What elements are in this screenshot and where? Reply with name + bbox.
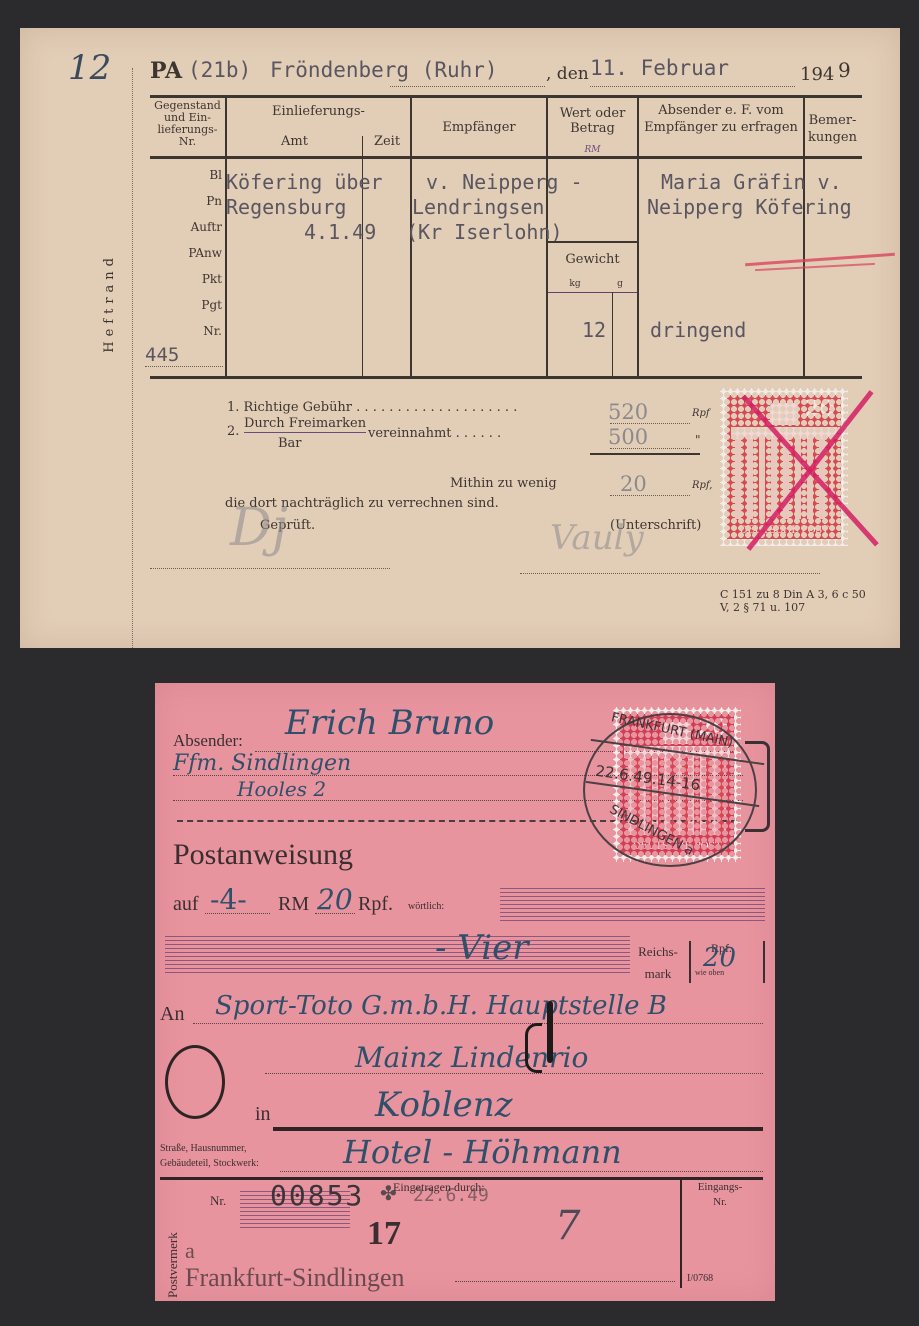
office-stamp: Frankfurt-Sindlingen — [185, 1263, 405, 1293]
year-suffix: 9 — [838, 58, 851, 82]
entry-number: 445 — [145, 344, 179, 366]
col-header-zeit: Zeit — [364, 136, 410, 148]
table-bottom-rule — [150, 376, 862, 379]
fee-value-correct: 520 — [608, 400, 648, 424]
sender-town: Ffm. Sindlingen — [173, 751, 351, 776]
office-place: Fröndenberg (Ruhr) — [270, 58, 498, 82]
office-prefix: PA — [150, 58, 182, 84]
fee-line-3-label: Mithin zu wenig — [450, 476, 557, 491]
fee-line-2: vereinnahmt . . . . . . — [368, 426, 501, 441]
fee-receipt-form: 12 Heftrand PA (21b) Fröndenberg (Ruhr) … — [20, 28, 900, 648]
sender-street: Hooles 2 — [237, 777, 326, 801]
gewicht-label: Gewicht — [548, 254, 637, 266]
year-prefix: 194 — [800, 64, 834, 85]
form-title: Postanweisung — [173, 838, 353, 872]
postanweisung-form: Absender: Erich Bruno Ffm. Sindlingen Ho… — [155, 683, 775, 1301]
form-header: PA (21b) Fröndenberg (Ruhr) , den 11. Fe… — [150, 58, 900, 88]
col-header-gegenstand: Gegenstand und Ein- lieferungs- Nr. — [150, 100, 225, 148]
amount-rm-value: -4- — [210, 883, 247, 916]
binding-margin-line — [132, 68, 133, 648]
entry-empfaenger: v. Neipperg - Lendringsen (Kr Iserlohn) — [406, 170, 583, 245]
gewicht-kg-label: kg — [550, 278, 600, 290]
form-footer-code: C 151 zu 8 Din A 3, 6 c 50 V, 2 § 71 u. … — [720, 588, 866, 614]
fee-value-paid: 500 — [608, 425, 648, 449]
fee-option-freimarken: Durch Freimarken — [244, 416, 366, 433]
amount-rpf-value: 20 — [317, 883, 353, 916]
recipient-city: Koblenz — [375, 1085, 513, 1125]
street-label: Straße, Hausnummer, Gebäudeteil, Stockwe… — [160, 1141, 259, 1171]
col-header-wert: Wert oder Betrag — [548, 106, 637, 136]
col-header-amt: Amt — [227, 136, 362, 148]
form-code: I/0768 — [687, 1273, 713, 1284]
entry-absender: Maria Gräfin v. Neipperg Köfering — [647, 170, 852, 220]
den-label: , den — [546, 64, 589, 84]
recipient-line-2: Mainz Lindenrio — [355, 1041, 588, 1074]
bracket-mark-icon — [525, 1023, 542, 1073]
pencil-initials-left: Dj — [230, 498, 288, 558]
fee-value-shortfall: 20 — [620, 472, 647, 496]
corner-number: 12 — [68, 48, 111, 88]
gewicht-value: 12 — [582, 318, 606, 342]
col-header-absender: Absender e. F. vom Empfänger zu erfragen — [639, 102, 803, 136]
city-underline — [273, 1127, 763, 1131]
amount-in-words: - Vier — [435, 928, 529, 968]
office-code: (21b) — [188, 58, 251, 82]
circle-mark-icon — [165, 1045, 225, 1119]
table-header-rule — [150, 156, 862, 159]
form-date: 11. Februar — [590, 56, 729, 80]
col-header-wert-unit: RM — [548, 144, 637, 156]
absender-label: Absender: — [173, 731, 243, 751]
number-17: 17 — [367, 1215, 401, 1253]
recipient-street: Hotel - Höhmann — [343, 1133, 622, 1171]
entry-amt: Köfering über Regensburg 4.1.49 — [226, 170, 383, 245]
registration-number: 00853 — [270, 1179, 364, 1212]
fee-line-1: 1. Richtige Gebühr . . . . . . . . . . .… — [227, 400, 517, 415]
side-label-heftrand: Heftrand — [102, 253, 132, 353]
entry-remark: dringend — [650, 318, 746, 342]
eingetragen-label: Eingetragen durch: — [393, 1180, 485, 1195]
row-labels: Bl Pn Auftr PAnw Pkt Pgt Nr. — [150, 168, 222, 368]
pencil-signature: Vauly — [550, 518, 644, 558]
col-header-bemerkungen: Bemer- kungen — [805, 112, 860, 146]
fee-option-bar: Bar — [278, 436, 302, 451]
recipient-line-1: Sport-Toto G.m.b.H. Hauptstelle B — [215, 991, 667, 1021]
col-header-empfaenger: Empfänger — [412, 122, 546, 134]
sender-name: Erich Bruno — [285, 703, 494, 743]
gewicht-g-label: g — [605, 278, 635, 290]
postage-stamp-cancelled: 20 DEUTSCHE POST — [720, 388, 848, 546]
security-ruled-lines — [500, 885, 765, 921]
postvermerk-label: Postvermerk — [165, 1188, 181, 1298]
table-top-rule — [150, 95, 862, 98]
hand-number-7: 7 — [555, 1203, 580, 1249]
col-header-einlieferungs: Einlieferungs- — [227, 106, 410, 118]
